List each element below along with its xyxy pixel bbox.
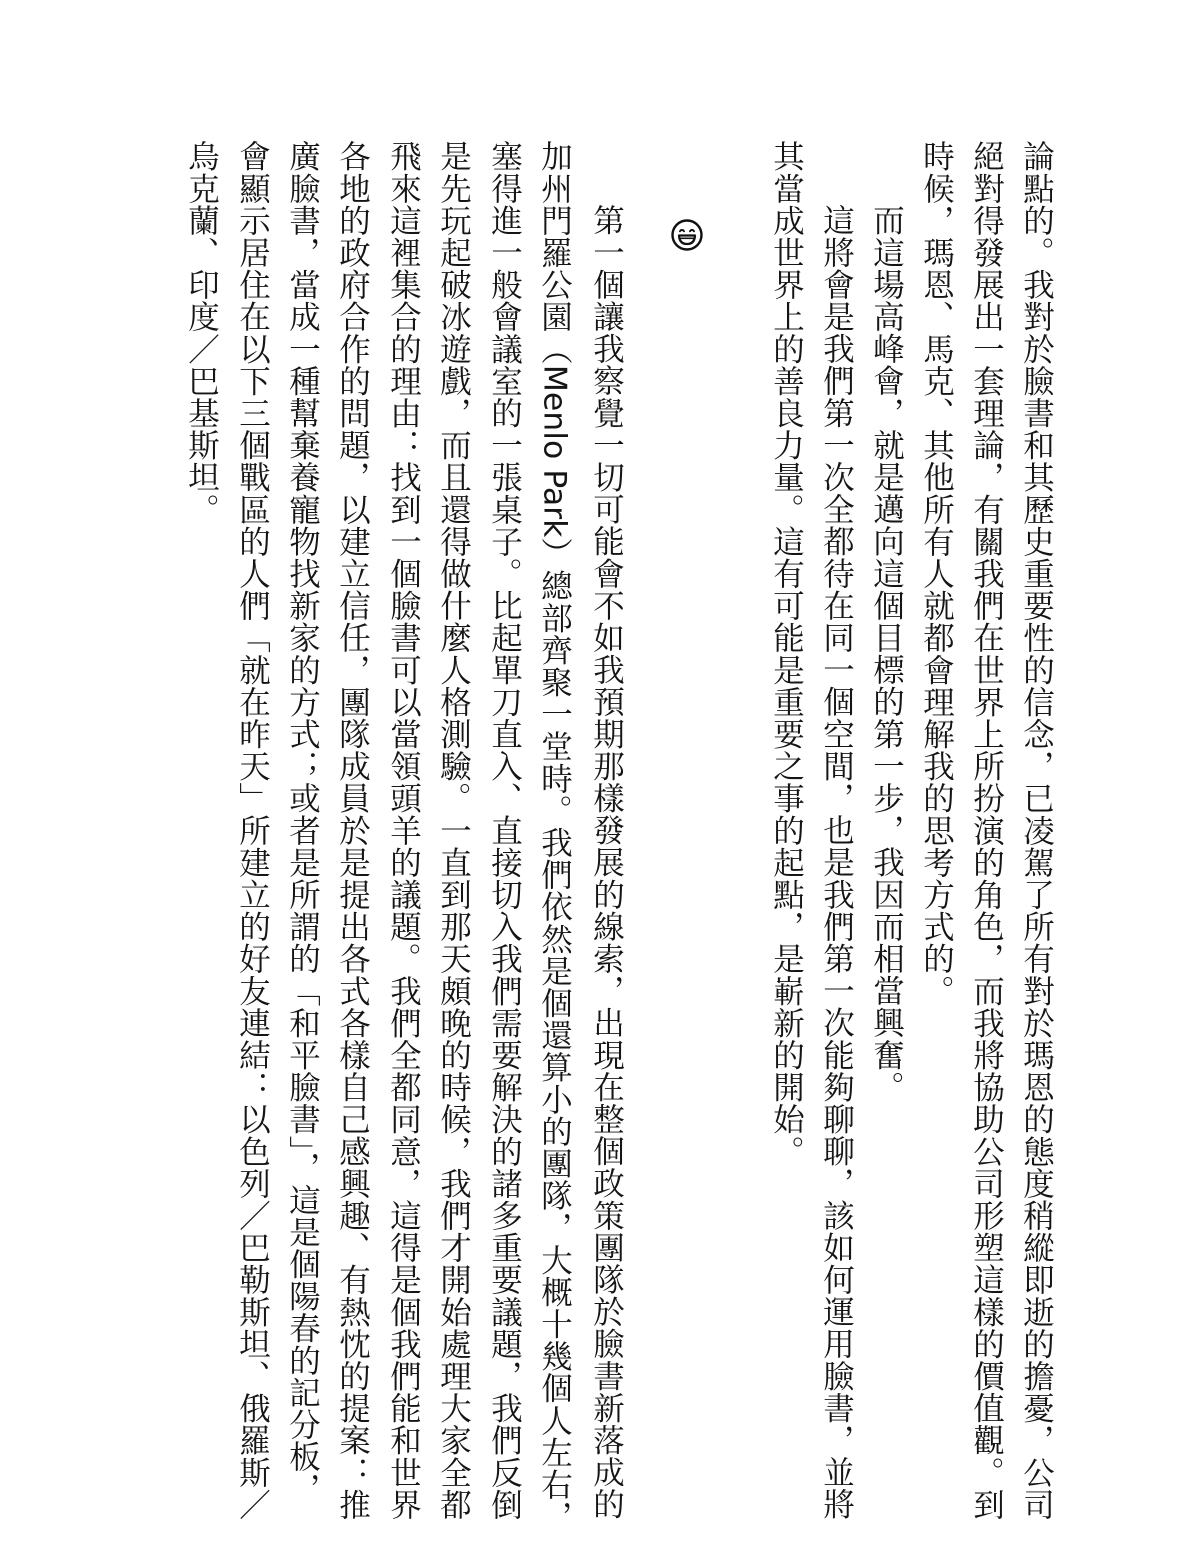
text-column: 時候，瑪恩、馬克、其他所有人就都會理解我的思考方式的。 bbox=[920, 140, 952, 1007]
text-column: 烏克蘭、印度／巴基斯坦。 bbox=[185, 140, 217, 525]
text-segment: ）總部齊聚一堂時。我們依然是個還算小的團隊，大概十幾個人左右， bbox=[537, 537, 573, 1532]
text-column: 加州門羅公園（Menlo Park）總部齊聚一堂時。我們依然是個還算小的團隊，大… bbox=[538, 140, 570, 1532]
text-column: 飛來這裡集合的理由：找到一個臉書可以當領頭羊的議題。我們全都同意，這得是個我們能… bbox=[387, 140, 419, 1520]
text-column: 絕對得發展出一套理論，有關我們在世界上所扮演的角色，而我將協助公司形塑這樣的價值… bbox=[970, 140, 1002, 1520]
text-segment: 加州門羅公園（ bbox=[537, 140, 573, 365]
grinning-face-icon bbox=[670, 218, 704, 252]
text-column: 而這場高峰會，就是邁向這個目標的第一步，我因而相當興奮。 bbox=[870, 204, 902, 1103]
text-column: 是先玩起破冰遊戲，而且還得做什麼人格測驗。一直到那天頗晚的時候，我們才開始處理大… bbox=[437, 140, 469, 1520]
section-break bbox=[670, 218, 704, 252]
text-column: 各地的政府合作的問題，以建立信任，團隊成員於是提出各式各樣自己感興趣、有熱忱的提… bbox=[336, 140, 368, 1520]
text-column: 論點的。我對於臉書和其歷史重要性的信念，已凌駕了所有對於瑪恩的態度稍縱即逝的擔憂… bbox=[1020, 140, 1052, 1520]
text-column: 這將會是我們第一次全都待在同一個空間，也是我們第一次能夠聊聊，該如何運用臉書，並… bbox=[820, 204, 852, 1520]
text-column: 塞得進一般會議室的一張桌子。比起單刀直入、直接切入我們需要解決的諸多重要議題，我… bbox=[488, 140, 520, 1520]
book-page: 論點的。我對於臉書和其歷史重要性的信念，已凌駕了所有對於瑪恩的態度稍縱即逝的擔憂… bbox=[0, 0, 1200, 1554]
text-column: 會顯示居住在以下三個戰區的人們「就在昨天」所建立的好友連結：以色列／巴勒斯坦、俄… bbox=[236, 140, 268, 1520]
text-column: 廣臉書，當成一種幫棄養寵物找新家的方式；或者是所謂的「和平臉書」，這是個陽春的記… bbox=[286, 140, 318, 1505]
text-column: 第一個讓我察覺一切可能會不如我預期那樣發展的線索，出現在整個政策團隊於臉書新落成… bbox=[590, 204, 622, 1520]
place-name-latin: Menlo Park bbox=[537, 365, 573, 538]
text-column: 其當成世界上的善良力量。這有可能是重要之事的起點，是嶄新的開始。 bbox=[770, 140, 802, 1167]
